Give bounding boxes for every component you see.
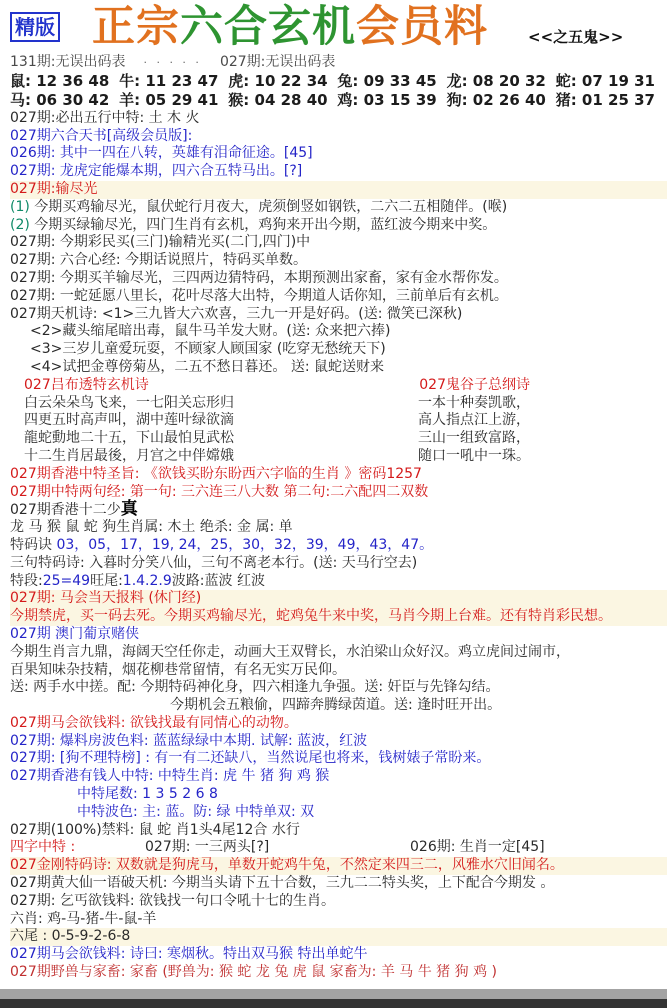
footer-dark-bar	[0, 999, 667, 1008]
twelve-shao-stamp: 真	[121, 499, 138, 519]
teduan-label: 特段:	[10, 573, 43, 589]
line-shujinguang-1: (1) 今期买鸡输尽光，鼠伏蛇行月夜大，虎须倒竖如钢铁，二六二五相随伴。(喉)	[10, 199, 667, 217]
line-pujing-3: 送: 两手水中搓。配: 今期特码神化身，四六相逢九争强。送: 奸臣与先锋勾结。	[10, 679, 667, 697]
page-header: 精版 正宗六合玄机会员料 <<之五鬼>>	[0, 0, 667, 54]
poem-left-line: 四更五时高声叫，湖中莲叶绿欲滴	[24, 412, 234, 430]
teduan-range: 25=49	[43, 573, 90, 589]
poem-right-line: 高人指点江上游，	[418, 412, 530, 430]
sizi-026: 026期: 生肖一定[45]	[410, 839, 545, 855]
line-baoliao-fang: 027期: 爆料房波色料: 蓝蓝绿绿中本期. 试解: 蓝波，红波	[10, 733, 667, 751]
line-xinjing: 027期: 六合心经: 今期话说照片，特码买单数。	[10, 252, 667, 270]
poem-left-title: 027吕布透特玄机诗	[24, 377, 149, 395]
zodiac-cell: 鸡: 03 15 39	[337, 91, 436, 110]
line-mahui-title: 027期: 马会当天报料 (休门经)	[10, 590, 667, 608]
poem-row: 四更五时高声叫，湖中莲叶绿欲滴高人指点江上游，	[10, 412, 530, 430]
code-chart-dots: · · · · ·	[125, 56, 219, 69]
line-code-chart: 131期:无误出码表· · · · ·027期:无误出码表	[10, 54, 667, 72]
line-shujinguang-2: (2) 今期买绿输尽光，四门生肖有玄机，鸡狗来开出今期，蓝红波今期来中奖。	[10, 217, 667, 235]
tip-sheet-body: 131期:无误出码表· · · · ·027期:无误出码表 鼠: 12 36 4…	[0, 54, 667, 982]
line-tianji-4: <4>试把金尊傍菊丛，二五不愁日暮还。 送: 鼠蛇送财来	[10, 359, 667, 377]
page-title: 正宗六合玄机会员料	[92, 2, 488, 52]
poem-titles-row: 027吕布透特玄机诗027鬼谷子总纲诗	[10, 377, 530, 395]
code-chart-left: 131期:无误出码表	[10, 54, 125, 70]
verse-text: 今期买鸡输尽光，鼠伏蛇行月夜大，虎须倒竖如钢铁，二六二五相随伴。(喉)	[34, 199, 507, 215]
edition-label: <<之五鬼>>	[528, 26, 623, 47]
footer-gray-bar	[0, 989, 667, 999]
line-goubuli: 027期: [狗不理特榜] : 有一有二还缺八，当然说尾也将来，钱树婊子常盼来。	[10, 750, 667, 768]
tema-jue-numbers: 03，05，17，19, 24，25，30，32，39，49，43，47。	[56, 537, 433, 553]
zodiac-cell: 马: 06 30 42	[10, 91, 109, 110]
zodiac-cell: 狗: 02 26 40	[447, 91, 546, 110]
poem-row: 白云朵朵鸟飞来，一七阳关忘形归一本十种奏凯歌，	[10, 395, 530, 413]
tema-jue-label: 特码诀	[10, 537, 56, 553]
line-tianji-3: <3>三岁儿童爱玩耍，不顾家人顾国家 (吃穿无愁统天下)	[10, 341, 667, 359]
line-liuxiao: 六肖: 鸡-马-猪-牛-鼠-羊	[10, 911, 667, 929]
line-shengxiao-attr: 龙 马 猴 鼠 蛇 狗生肖属: 木土 绝杀: 金 属: 单	[10, 519, 667, 537]
line-caimin: 027期: 今期彩民买(三门)输精光买(二门,四门)中	[10, 234, 667, 252]
line-liangju: 027期中特两句经: 第一句: 三六连三八大数 第二句:二六配四二双数	[10, 484, 667, 502]
line-pujing-1: 今期生肖言九鼎，海阔天空任你走，动画大王双臂长，水泊梁山众好汉。鸡立虎间过闹市，	[10, 644, 667, 662]
zodiac-cell: 兔: 09 33 45	[337, 72, 436, 91]
zodiac-cell: 蛇: 07 19 31	[556, 72, 655, 91]
sizi-label: 四字中特 :	[10, 839, 145, 857]
zodiac-cell: 羊: 05 29 41	[119, 91, 218, 110]
bolu-label: 波路:蓝波 红波	[172, 573, 265, 589]
poem-left-line: 十二生肖居最後，月宫之中伴嫦娥	[24, 448, 234, 466]
poem-right-title: 027鬼谷子总纲诗	[419, 377, 530, 395]
title-part-2: 六合玄机	[180, 2, 356, 52]
line-sanju: 三句特码诗: 入暮时分笑八仙，三句不离老本行。(送: 天马行空去)	[10, 555, 667, 573]
title-part-1: 正宗	[92, 2, 180, 52]
line-shujinguang-title: 027期:输尽光	[10, 181, 667, 199]
poem-right-line: 三山一组致富路，	[418, 430, 530, 448]
line-weishu: 中特尾数: 1 3 5 2 6 8	[10, 786, 667, 804]
zodiac-number-row-1: 鼠: 12 36 48 牛: 11 23 47 虎: 10 22 34 兔: 0…	[10, 72, 655, 91]
line-pujing-2: 百果知味杂技精，烟花柳巷常留情，有名无实万民仰。	[10, 662, 667, 680]
line-tianji-2: <2>藏头缩尾暗出毒，鼠牛马羊发大财。(送: 众来把六捧)	[10, 323, 667, 341]
line-jingang: 027金刚特码诗: 双数就是狗虎马，单数开蛇鸡牛兔，不然定来四三二，风雅水穴旧闻…	[10, 857, 667, 875]
line-shengzhi: 027期香港中特圣旨: 《欲钱买盼东盼西六字临的生肖 》密码1257	[10, 466, 667, 484]
zodiac-cell: 猴: 04 28 40	[228, 91, 327, 110]
poem-row: 龍蛇動地二十五，下山最怕見武松三山一组致富路，	[10, 430, 530, 448]
line-huangdaxian: 027期黄大仙一语破天机: 今期当头请下五十合数，三九二二特头奖，上下配合今期发…	[10, 875, 667, 893]
line-tianshu-026: 026期: 其中一四在八转，英雄有泪命征途。[45]	[10, 145, 667, 163]
line-buy-goat: 027期: 今期买羊输尽光，三四两边猜特码，本期预测出家畜，家有金水帮你发。	[10, 270, 667, 288]
zodiac-number-row-2: 马: 06 30 42 羊: 05 29 41 猴: 04 28 40 鸡: 0…	[10, 91, 655, 110]
zodiac-cell: 龙: 08 20 32	[447, 72, 546, 91]
line-liuwei: 六尾 : 0-5-9-2-6-8	[10, 928, 667, 946]
sizi-027: 027期: 一三两头[?]	[145, 839, 410, 857]
zodiac-cell: 鼠: 12 36 48	[10, 72, 109, 91]
wangwei-numbers: 1.4.2.9	[123, 573, 172, 589]
line-tianji-1: 027期天机诗: <1>三九皆大六欢喜，三九一开是好码。(送: 微笑已深秋)	[10, 306, 667, 324]
poem-right-line: 一本十种奏凯歌，	[418, 395, 530, 413]
line-snake-verse: 027期: 一蛇延愿八里长，花叶尽落大出特，今期道人话你知，三前单后有玄机。	[10, 288, 667, 306]
verse-text: 今期买绿输尽光，四门生肖有玄机，鸡狗来开出今期，蓝红波今期来中奖。	[34, 217, 496, 233]
line-mahui-text: 今期禁虎，买一码去死。今期买鸡输尽光，蛇鸡兔牛来中奖，马肖今期上台难。还有特肖彩…	[10, 608, 667, 626]
zodiac-cell: 牛: 11 23 47	[119, 72, 218, 91]
line-pujing-4: 今期机会五粮偷，四蹄奔腾绿茵道。送: 逢时旺开出。	[10, 697, 667, 715]
line-tema-jue: 特码诀 03，05，17，19, 24，25，30，32，39，49，43，47…	[10, 537, 667, 555]
line-yeshou: 027期野兽与家畜: 家畜 (野兽为: 猴 蛇 龙 兔 虎 鼠 家畜为: 羊 马…	[10, 964, 667, 982]
list-number: (1)	[10, 199, 30, 215]
zodiac-cell: 猪: 01 25 37	[556, 91, 655, 110]
poem-right-line: 随口一吼中一珠。	[418, 448, 530, 466]
line-hanyanqiu: 027期马会欲钱料: 诗曰: 寒烟秋。特出双马猴 特出单蛇牛	[10, 946, 667, 964]
poem-left-line: 龍蛇動地二十五，下山最怕見武松	[24, 430, 234, 448]
poem-row: 十二生肖居最後，月宫之中伴嫦娥随口一吼中一珠。	[10, 448, 530, 466]
line-youqianren: 027期香港有钱人中特: 中特生肖: 虎 牛 猪 狗 鸡 猴	[10, 768, 667, 786]
zodiac-cell: 虎: 10 22 34	[228, 72, 327, 91]
title-part-3: 会员料	[356, 2, 488, 52]
line-tianshu-title: 027期六合天书[高级会员版]:	[10, 128, 667, 146]
line-pujing-title: 027期 澳门葡京赌侠	[10, 626, 667, 644]
wangwei-label: 旺尾:	[90, 573, 123, 589]
list-number: (2)	[10, 217, 30, 233]
poem-left-line: 白云朵朵鸟飞来，一七阳关忘形归	[24, 395, 234, 413]
line-tianshu-027: 027期: 龙虎定能爆本期，四六合五特马出。[?]	[10, 163, 667, 181]
line-bose: 中特波色: 主: 蓝。防: 绿 中特单双: 双	[10, 804, 667, 822]
line-sizi: 四字中特 :027期: 一三两头[?]026期: 生肖一定[45]	[10, 839, 667, 857]
line-yuqian: 027期马会欲钱料: 欲钱找最有同情心的动物。	[10, 715, 667, 733]
edition-badge: 精版	[10, 12, 60, 42]
line-twelve-shao: 027期香港十二少真	[10, 501, 667, 519]
line-teduan: 特段:25=49旺尾:1.4.2.9波路:蓝波 红波	[10, 573, 667, 591]
line-jinliao: 027期(100%)禁料: 鼠 蛇 肖1头4尾12合 水行	[10, 822, 667, 840]
line-qigai: 027期: 乞丐欲钱料: 欲钱找一句口令吼十七的生肖。	[10, 893, 667, 911]
twelve-shao-text: 027期香港十二少	[10, 502, 121, 518]
code-chart-right: 027期:无误出码表	[220, 54, 335, 70]
line-five-elements: 027期:必出五行中特: 土 木 火	[10, 110, 667, 128]
